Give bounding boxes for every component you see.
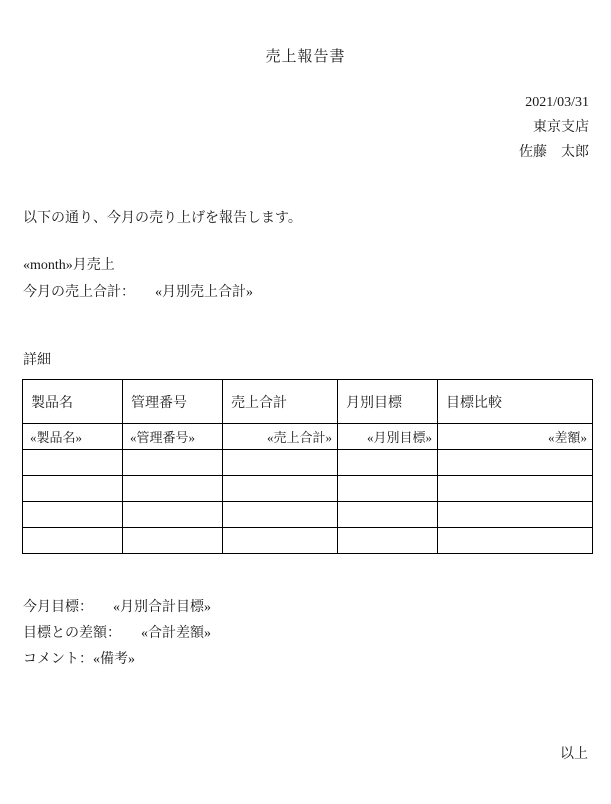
report-page: 売上報告書 2021/03/31 東京支店 佐藤 太郎 以下の通り、今月の売り上… [0, 0, 611, 804]
intro-sentence: 以下の通り、今月の売り上げを報告します。 [23, 206, 302, 232]
table-cell [23, 450, 123, 476]
monthly-goal-line: 今月目標：«月別合計目標» [23, 595, 211, 621]
month-sales-line: «month»月売上 [23, 253, 253, 280]
comment-line: コメント：«備考» [23, 647, 211, 673]
footer-block: 今月目標：«月別合計目標» 目標との差額：«合計差額» コメント：«備考» [23, 595, 211, 673]
column-header-control-number: 管理番号 [123, 380, 223, 424]
table-row [23, 450, 593, 476]
table-row [23, 528, 593, 554]
detail-section-label: 詳細 [23, 350, 51, 372]
table-cell [23, 476, 123, 502]
table-cell [338, 476, 438, 502]
comment-label: コメント： [23, 652, 93, 667]
table-cell [438, 476, 593, 502]
table-cell-difference-merge-field: «差額» [438, 424, 593, 450]
summary-block: «month»月売上 今月の売上合計：«月別売上合計» [23, 253, 253, 306]
table-row [23, 502, 593, 528]
table-cell [338, 528, 438, 554]
detail-table: 製品名 管理番号 売上合計 月別目標 目標比較 «製品名» «管理番号» «売上… [22, 379, 593, 554]
table-cell-monthly-target-merge-field: «月別目標» [338, 424, 438, 450]
byline-block: 2021/03/31 東京支店 佐藤 太郎 [519, 90, 589, 165]
table-cell [438, 502, 593, 528]
document-title: 売上報告書 [0, 46, 611, 68]
table-cell [223, 502, 338, 528]
goal-difference-label: 目標との差額： [23, 626, 121, 641]
goal-difference-line: 目標との差額：«合計差額» [23, 621, 211, 647]
table-row: «製品名» «管理番号» «売上合計» «月別目標» «差額» [23, 424, 593, 450]
table-header-row: 製品名 管理番号 売上合計 月別目標 目標比較 [23, 380, 593, 424]
monthly-total-label: 今月の売上合計： [23, 285, 135, 300]
table-cell [223, 528, 338, 554]
table-cell [123, 476, 223, 502]
table-cell [438, 528, 593, 554]
column-header-product: 製品名 [23, 380, 123, 424]
author-name: 佐藤 太郎 [519, 140, 589, 165]
monthly-goal-merge-field: «月別合計目標» [113, 600, 211, 615]
branch-name: 東京支店 [519, 115, 589, 140]
goal-difference-merge-field: «合計差額» [141, 626, 211, 641]
monthly-total-line: 今月の売上合計：«月別売上合計» [23, 280, 253, 307]
column-header-sales-total: 売上合計 [223, 380, 338, 424]
column-header-monthly-target: 月別目標 [338, 380, 438, 424]
table-cell [338, 450, 438, 476]
column-header-target-comparison: 目標比較 [438, 380, 593, 424]
table-cell-sales-total-merge-field: «売上合計» [223, 424, 338, 450]
table-cell [123, 528, 223, 554]
monthly-goal-label: 今月目標： [23, 600, 93, 615]
comment-merge-field: «備考» [93, 652, 135, 667]
table-row [23, 476, 593, 502]
closing-mark: 以上 [560, 744, 588, 766]
table-cell [123, 450, 223, 476]
report-date: 2021/03/31 [519, 90, 589, 115]
table-cell [123, 502, 223, 528]
table-cell [338, 502, 438, 528]
table-cell [223, 476, 338, 502]
monthly-total-merge-field: «月別売上合計» [155, 285, 253, 300]
table-cell [438, 450, 593, 476]
table-cell [23, 528, 123, 554]
table-cell [23, 502, 123, 528]
table-cell-control-number-merge-field: «管理番号» [123, 424, 223, 450]
table-cell [223, 450, 338, 476]
table-cell-product-merge-field: «製品名» [23, 424, 123, 450]
